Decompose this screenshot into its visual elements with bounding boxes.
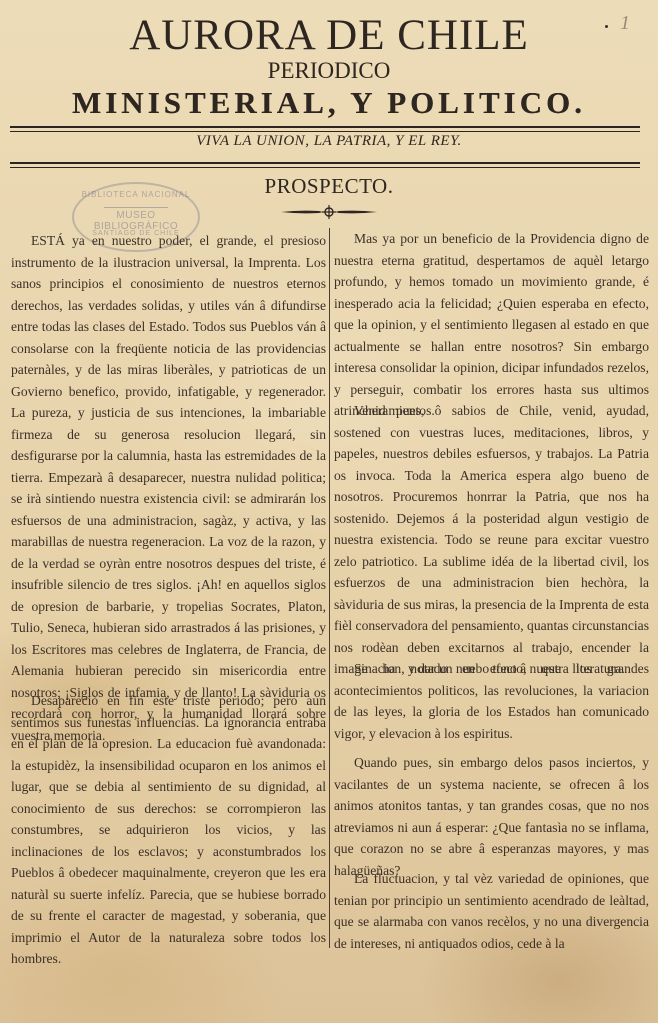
paragraph-text: Se ha notado en efecto, que los grandes … bbox=[334, 658, 649, 744]
stamp-line bbox=[104, 207, 168, 208]
column-divider bbox=[329, 228, 330, 948]
ornament-divider-icon bbox=[279, 204, 379, 220]
masthead-subtitle-periodico: PERIODICO bbox=[0, 58, 658, 84]
paragraph-text: Venid pues, ô sabios de Chile, venid, ay… bbox=[334, 400, 649, 680]
paragraph-text: La fluctuacion, y tal vèz variedad de op… bbox=[334, 868, 649, 954]
paragraph: Se ha notado en efecto, que los grandes … bbox=[334, 658, 649, 744]
masthead-rule-bottom bbox=[10, 162, 640, 168]
paragraph: Mas ya por un beneficio de la Providenci… bbox=[334, 228, 649, 422]
paragraph: La fluctuacion, y tal vèz variedad de op… bbox=[334, 868, 649, 954]
paragraph-text: ESTÁ ya en nuestro poder, el grande, el … bbox=[11, 230, 326, 746]
paragraph: Venid pues, ô sabios de Chile, venid, ay… bbox=[334, 400, 649, 680]
paragraph-text: Desapareciò en fin este triste periodo; … bbox=[11, 690, 326, 970]
masthead-title: AURORA DE CHILE bbox=[0, 12, 658, 60]
paragraph: Desapareciò en fin este triste periodo; … bbox=[11, 690, 326, 970]
paragraph-text: Quando pues, sin embargo delos pasos inc… bbox=[334, 752, 649, 881]
newspaper-page: 1 AURORA DE CHILE PERIODICO MINISTERIAL,… bbox=[0, 0, 658, 1023]
paragraph: Quando pues, sin embargo delos pasos inc… bbox=[334, 752, 649, 881]
masthead-rule-top bbox=[10, 126, 640, 132]
paragraph: ESTÁ ya en nuestro poder, el grande, el … bbox=[11, 230, 326, 746]
masthead-subtitle-ministerial: MINISTERIAL, Y POLITICO. bbox=[0, 84, 658, 122]
motto: VIVA LA UNION, LA PATRIA, Y EL REY. bbox=[0, 133, 658, 150]
section-title: PROSPECTO. bbox=[0, 174, 658, 199]
paragraph-text: Mas ya por un beneficio de la Providenci… bbox=[334, 228, 649, 422]
stamp-middle-text: MUSEO BIBLIOGRÁFICO bbox=[74, 210, 198, 232]
